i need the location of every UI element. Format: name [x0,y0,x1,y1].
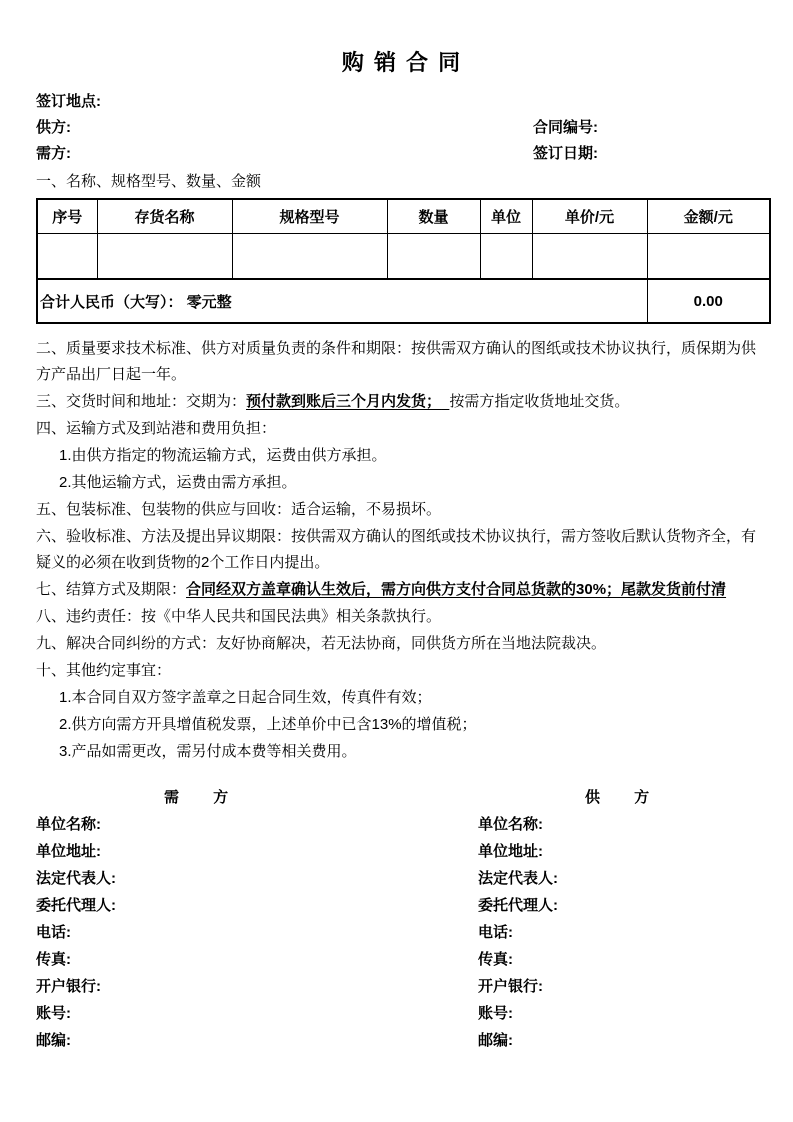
total-in-words: 合计人民币（大写）： 零元整 [37,279,647,323]
meta-row-sign-place: 签订地点: [36,89,768,115]
col-header-unit-price: 单价/元 [532,199,647,234]
goods-table-header-row: 序号 存货名称 规格型号 数量 单位 单价/元 金额/元 [37,199,770,234]
buyer-heading: 需 方 [36,784,478,811]
clause-other: 十、其他约定事宜： [36,658,768,684]
buyer-field-postal-code: 邮编: [36,1027,478,1054]
buyer-field-bank: 开户银行: [36,973,478,1000]
cell-item-name [97,234,232,280]
transport-item-2: 2.其他运输方式，运费由需方承担。 [36,470,768,496]
col-header-amount: 金额/元 [647,199,770,234]
buyer-field-authorized-agent: 委托代理人: [36,892,478,919]
clause-packaging: 五、包装标准、包装物的供应与回收：适合运输，不易损坏。 [36,497,768,523]
supplier-field-bank: 开户银行: [478,973,768,1000]
clause-payment-emphasis: 合同经双方盖章确认生效后，需方向供方支付合同总货款的30%；尾款发货前付清 [186,581,726,598]
clause-delivery-prefix: 三、交货时间和地址：交期为： [36,393,246,410]
cell-quantity [387,234,480,280]
clause-delivery-suffix: 按需方指定收货地址交货。 [449,393,629,410]
col-header-serial: 序号 [37,199,97,234]
col-header-quantity: 数量 [387,199,480,234]
goods-table-total-row: 合计人民币（大写）： 零元整 0.00 [37,279,770,323]
clause-delivery-emphasis: 预付款到账后三个月内发货； [246,393,441,410]
col-header-item-name: 存货名称 [97,199,232,234]
supplier-field-legal-representative: 法定代表人: [478,865,768,892]
contract-page: 购 销 合 同 签订地点: 供方: 合同编号: 需方: 签订日期: 一、名称、规… [0,0,793,1122]
col-header-spec-model: 规格型号 [232,199,387,234]
supplier-field-phone: 电话: [478,919,768,946]
buyer-field-unit-address: 单位地址: [36,838,478,865]
supplier-field-unit-address: 单位地址: [478,838,768,865]
buyer-label: 需方: [36,145,71,162]
clause-payment-prefix: 七、结算方式及期限： [36,581,186,598]
contract-no-label: 合同编号: [533,115,598,141]
supplier-field-account-number: 账号: [478,1000,768,1027]
clause-dispute: 九、解决合同纠纷的方式：友好协商解决，若无法协商，同供货方所在当地法院裁决。 [36,631,768,657]
clause-payment: 七、结算方式及期限：合同经双方盖章确认生效后，需方向供方支付合同总货款的30%；… [36,577,768,603]
supplier-label: 供方: [36,119,71,136]
contract-clauses: 二、质量要求技术标准、供方对质量负责的条件和期限：按供需双方确认的图纸或技术协议… [36,336,768,765]
buyer-field-fax: 传真: [36,946,478,973]
buyer-field-account-number: 账号: [36,1000,478,1027]
clause-delivery: 三、交货时间和地址：交期为：预付款到账后三个月内发货； 按需方指定收货地址交货。 [36,389,768,415]
cell-amount [647,234,770,280]
goods-table-empty-row [37,234,770,280]
other-item-3: 3.产品如需更改，需另付成本费等相关费用。 [36,739,768,765]
supplier-field-postal-code: 邮编: [478,1027,768,1054]
supplier-heading: 供 方 [478,784,768,811]
other-item-2: 2.供方向需方开具增值税发票，上述单价中已含13%的增值税； [36,712,768,738]
buyer-field-unit-name: 单位名称: [36,811,478,838]
supplier-field-unit-name: 单位名称: [478,811,768,838]
goods-table: 序号 存货名称 规格型号 数量 单位 单价/元 金额/元 合计人民币（大写）： … [36,198,771,324]
clause-inspection: 六、验收标准、方法及提出异议期限：按供需双方确认的图纸或技术协议执行，需方签收后… [36,524,768,576]
cell-unit [480,234,532,280]
total-amount: 0.00 [647,279,770,323]
clause-liability: 八、违约责任：按《中华人民共和国民法典》相关条款执行。 [36,604,768,630]
buyer-field-phone: 电话: [36,919,478,946]
buyer-signature-column: 需 方 单位名称: 单位地址: 法定代表人: 委托代理人: 电话: 传真: 开户… [36,784,478,1054]
clause-quality: 二、质量要求技术标准、供方对质量负责的条件和期限：按供需双方确认的图纸或技术协议… [36,336,768,388]
page-title: 购 销 合 同 [36,46,768,77]
sign-date-label: 签订日期: [533,141,598,167]
supplier-signature-column: 供 方 单位名称: 单位地址: 法定代表人: 委托代理人: 电话: 传真: 开户… [478,784,768,1054]
clause-transport: 四、运输方式及到站港和费用负担： [36,416,768,442]
sign-place-label: 签订地点: [36,93,101,110]
cell-unit-price [532,234,647,280]
buyer-field-legal-representative: 法定代表人: [36,865,478,892]
transport-item-1: 1.由供方指定的物流运输方式，运费由供方承担。 [36,443,768,469]
other-item-1: 1.本合同自双方签字盖章之日起合同生效，传真件有效； [36,685,768,711]
cell-spec-model [232,234,387,280]
meta-row-supplier: 供方: 合同编号: [36,115,768,141]
section1-heading: 一、名称、规格型号、数量、金额 [36,170,768,193]
signature-section: 需 方 单位名称: 单位地址: 法定代表人: 委托代理人: 电话: 传真: 开户… [36,784,768,1054]
cell-serial [37,234,97,280]
supplier-field-authorized-agent: 委托代理人: [478,892,768,919]
meta-row-buyer: 需方: 签订日期: [36,141,768,167]
col-header-unit: 单位 [480,199,532,234]
contract-meta: 签订地点: 供方: 合同编号: 需方: 签订日期: [36,89,768,167]
supplier-field-fax: 传真: [478,946,768,973]
